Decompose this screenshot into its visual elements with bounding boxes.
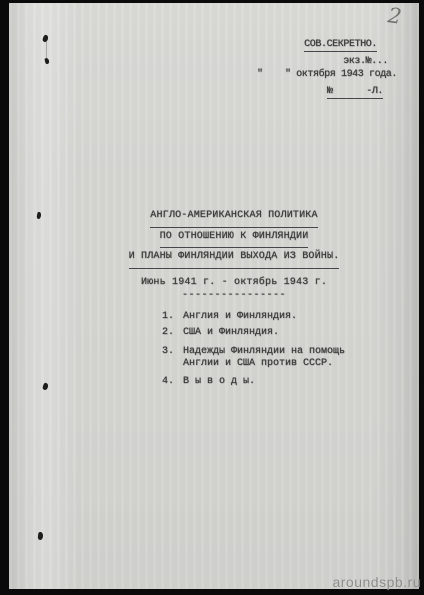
watermark-text: aroundspb.ru bbox=[332, 574, 421, 590]
item-number: 4. bbox=[162, 376, 174, 388]
item-number: 1. bbox=[162, 311, 174, 323]
list-item: 1. Англия и Финляндия. bbox=[162, 311, 352, 323]
divider-dashes: ---------------- bbox=[84, 290, 384, 302]
item-number: 2. bbox=[162, 327, 174, 339]
classification-text: СОВ.СЕКРЕТНО. bbox=[304, 39, 377, 52]
item-text: В ы в о д ы. bbox=[183, 376, 255, 388]
item-text: Англия и Финляндия. bbox=[183, 311, 297, 323]
document-title: АНГЛО-АМЕРИКАНСКАЯ ПОЛИТИКА ПО ОТНОШЕНИЮ… bbox=[84, 207, 384, 302]
copy-number-line: экз.№... bbox=[343, 56, 388, 67]
staple-mark bbox=[46, 41, 47, 59]
period-line: Июнь 1941 г. - октябрь 1943 г. bbox=[84, 277, 384, 289]
item-number: 3. bbox=[162, 346, 174, 369]
item-text: США и Финляндия. bbox=[183, 327, 279, 339]
title-line-1-text: АНГЛО-АМЕРИКАНСКАЯ ПОЛИТИКА bbox=[150, 207, 317, 228]
item-text: Надежды Финляндии на помощь Англии и США… bbox=[183, 346, 345, 369]
scan-corner-shadow bbox=[0, 0, 13, 11]
classification-stamp: СОВ.СЕКРЕТНО. bbox=[304, 39, 377, 52]
list-item: 2. США и Финляндия. bbox=[162, 327, 352, 339]
title-line-3-text: И ПЛАНЫ ФИНЛЯНДИИ ВЫХОДА ИЗ ВОЙНЫ. bbox=[129, 248, 340, 269]
scanned-document-page: 2 СОВ.СЕКРЕТНО. экз.№... " " октября 194… bbox=[0, 0, 424, 595]
document-number-text: № -Л. bbox=[327, 86, 383, 99]
title-line-2: ПО ОТНОШЕНИЮ К ФИНЛЯНДИИ bbox=[84, 228, 384, 249]
contents-list: 1. Англия и Финляндия. 2. США и Финлянди… bbox=[162, 311, 352, 388]
document-number-line: № -Л. bbox=[327, 86, 383, 99]
title-line-3: И ПЛАНЫ ФИНЛЯНДИИ ВЫХОДА ИЗ ВОЙНЫ. bbox=[84, 248, 384, 269]
date-line: " " октября 1943 года. bbox=[257, 69, 397, 80]
title-line-1: АНГЛО-АМЕРИКАНСКАЯ ПОЛИТИКА bbox=[84, 207, 384, 228]
list-item: 3. Надежды Финляндии на помощь Англии и … bbox=[162, 346, 352, 369]
title-line-2-text: ПО ОТНОШЕНИЮ К ФИНЛЯНДИИ bbox=[160, 228, 309, 249]
list-item: 4. В ы в о д ы. bbox=[162, 376, 352, 388]
